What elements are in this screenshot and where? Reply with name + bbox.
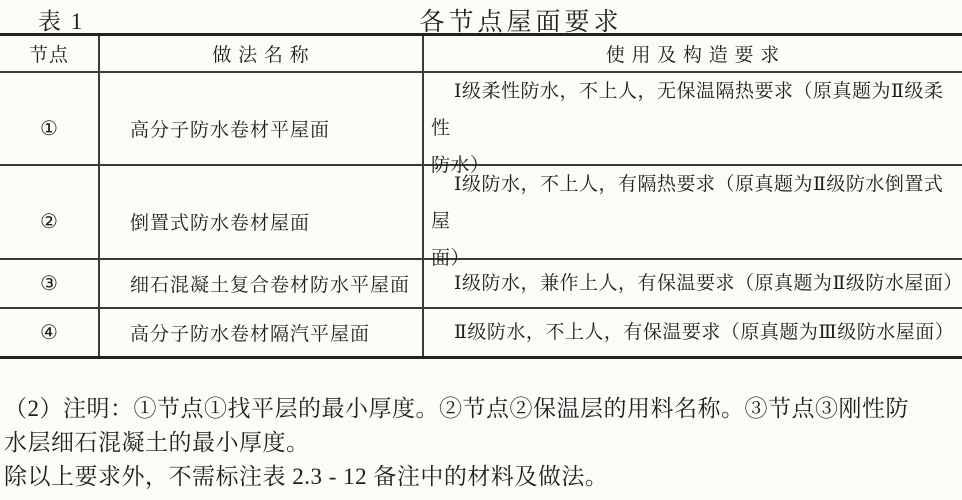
- table-row: ① 高分子防水卷材平屋面 Ⅰ级柔性防水，不上人，无保温隔热要求（原真题为Ⅱ级柔性…: [0, 73, 962, 166]
- header-method: 做 法 名 称: [98, 36, 422, 71]
- roof-requirements-table: 节点 做 法 名 称 使 用 及 构 造 要 求 ① 高分子防水卷材平屋面 Ⅰ级…: [0, 33, 962, 359]
- table-row: ③ 细石混凝土复合卷材防水平屋面 Ⅰ级防水，兼作上人，有保温要求（原真题为Ⅱ级防…: [0, 260, 962, 309]
- table-caption: 表 1 各节点屋面要求: [0, 0, 962, 33]
- table-header-row: 节点 做 法 名 称 使 用 及 构 造 要 求: [0, 36, 962, 73]
- cell-node: ④: [0, 309, 98, 356]
- note-line: （2）注明：①节点①找平层的最小厚度。②节点②保温层的用料名称。③节点③刚性防: [4, 396, 909, 421]
- requirement-line: Ⅰ级防水，不上人，有隔热要求（原真题为Ⅱ级防水倒置式屋: [431, 166, 954, 240]
- header-requirements: 使 用 及 构 造 要 求: [422, 36, 962, 71]
- requirement-line: Ⅰ级柔性防水，不上人，无保温隔热要求（原真题为Ⅱ级柔性: [431, 73, 954, 147]
- table-row: ② 倒置式防水卷材屋面 Ⅰ级防水，不上人，有隔热要求（原真题为Ⅱ级防水倒置式屋 …: [0, 166, 962, 260]
- requirement-line: Ⅱ级防水，不上人，有保温要求（原真题为Ⅲ级防水屋面）: [431, 314, 954, 351]
- note-line: 水层细石混凝土的最小厚度。: [4, 430, 310, 455]
- cell-method: 高分子防水卷材隔汽平屋面: [98, 309, 422, 356]
- header-node: 节点: [0, 36, 98, 71]
- requirement-line: Ⅰ级防水，兼作上人，有保温要求（原真题为Ⅱ级防水屋面）: [431, 265, 954, 302]
- table-label: 表 1: [38, 3, 84, 36]
- cell-method: 细石混凝土复合卷材防水平屋面: [98, 260, 422, 307]
- note-paragraph: 除以上要求外，不需标注表 2.3 - 12 备注中的材料及做法。: [4, 460, 958, 494]
- table-row: ④ 高分子防水卷材隔汽平屋面 Ⅱ级防水，不上人，有保温要求（原真题为Ⅲ级防水屋面…: [0, 309, 962, 356]
- cell-requirements: Ⅰ级防水，兼作上人，有保温要求（原真题为Ⅱ级防水屋面）: [422, 260, 962, 307]
- cell-requirements: Ⅱ级防水，不上人，有保温要求（原真题为Ⅲ级防水屋面）: [422, 309, 962, 356]
- note-paragraph: （2）注明：①节点①找平层的最小厚度。②节点②保温层的用料名称。③节点③刚性防 …: [4, 392, 958, 460]
- document-page: 表 1 各节点屋面要求 节点 做 法 名 称 使 用 及 构 造 要 求 ① 高…: [0, 0, 962, 500]
- table-title: 各节点屋面要求: [419, 2, 622, 38]
- note-line: 除以上要求外，不需标注表 2.3 - 12 备注中的材料及做法。: [4, 464, 608, 489]
- notes-section: （2）注明：①节点①找平层的最小厚度。②节点②保温层的用料名称。③节点③刚性防 …: [0, 392, 962, 494]
- cell-node: ③: [0, 260, 98, 307]
